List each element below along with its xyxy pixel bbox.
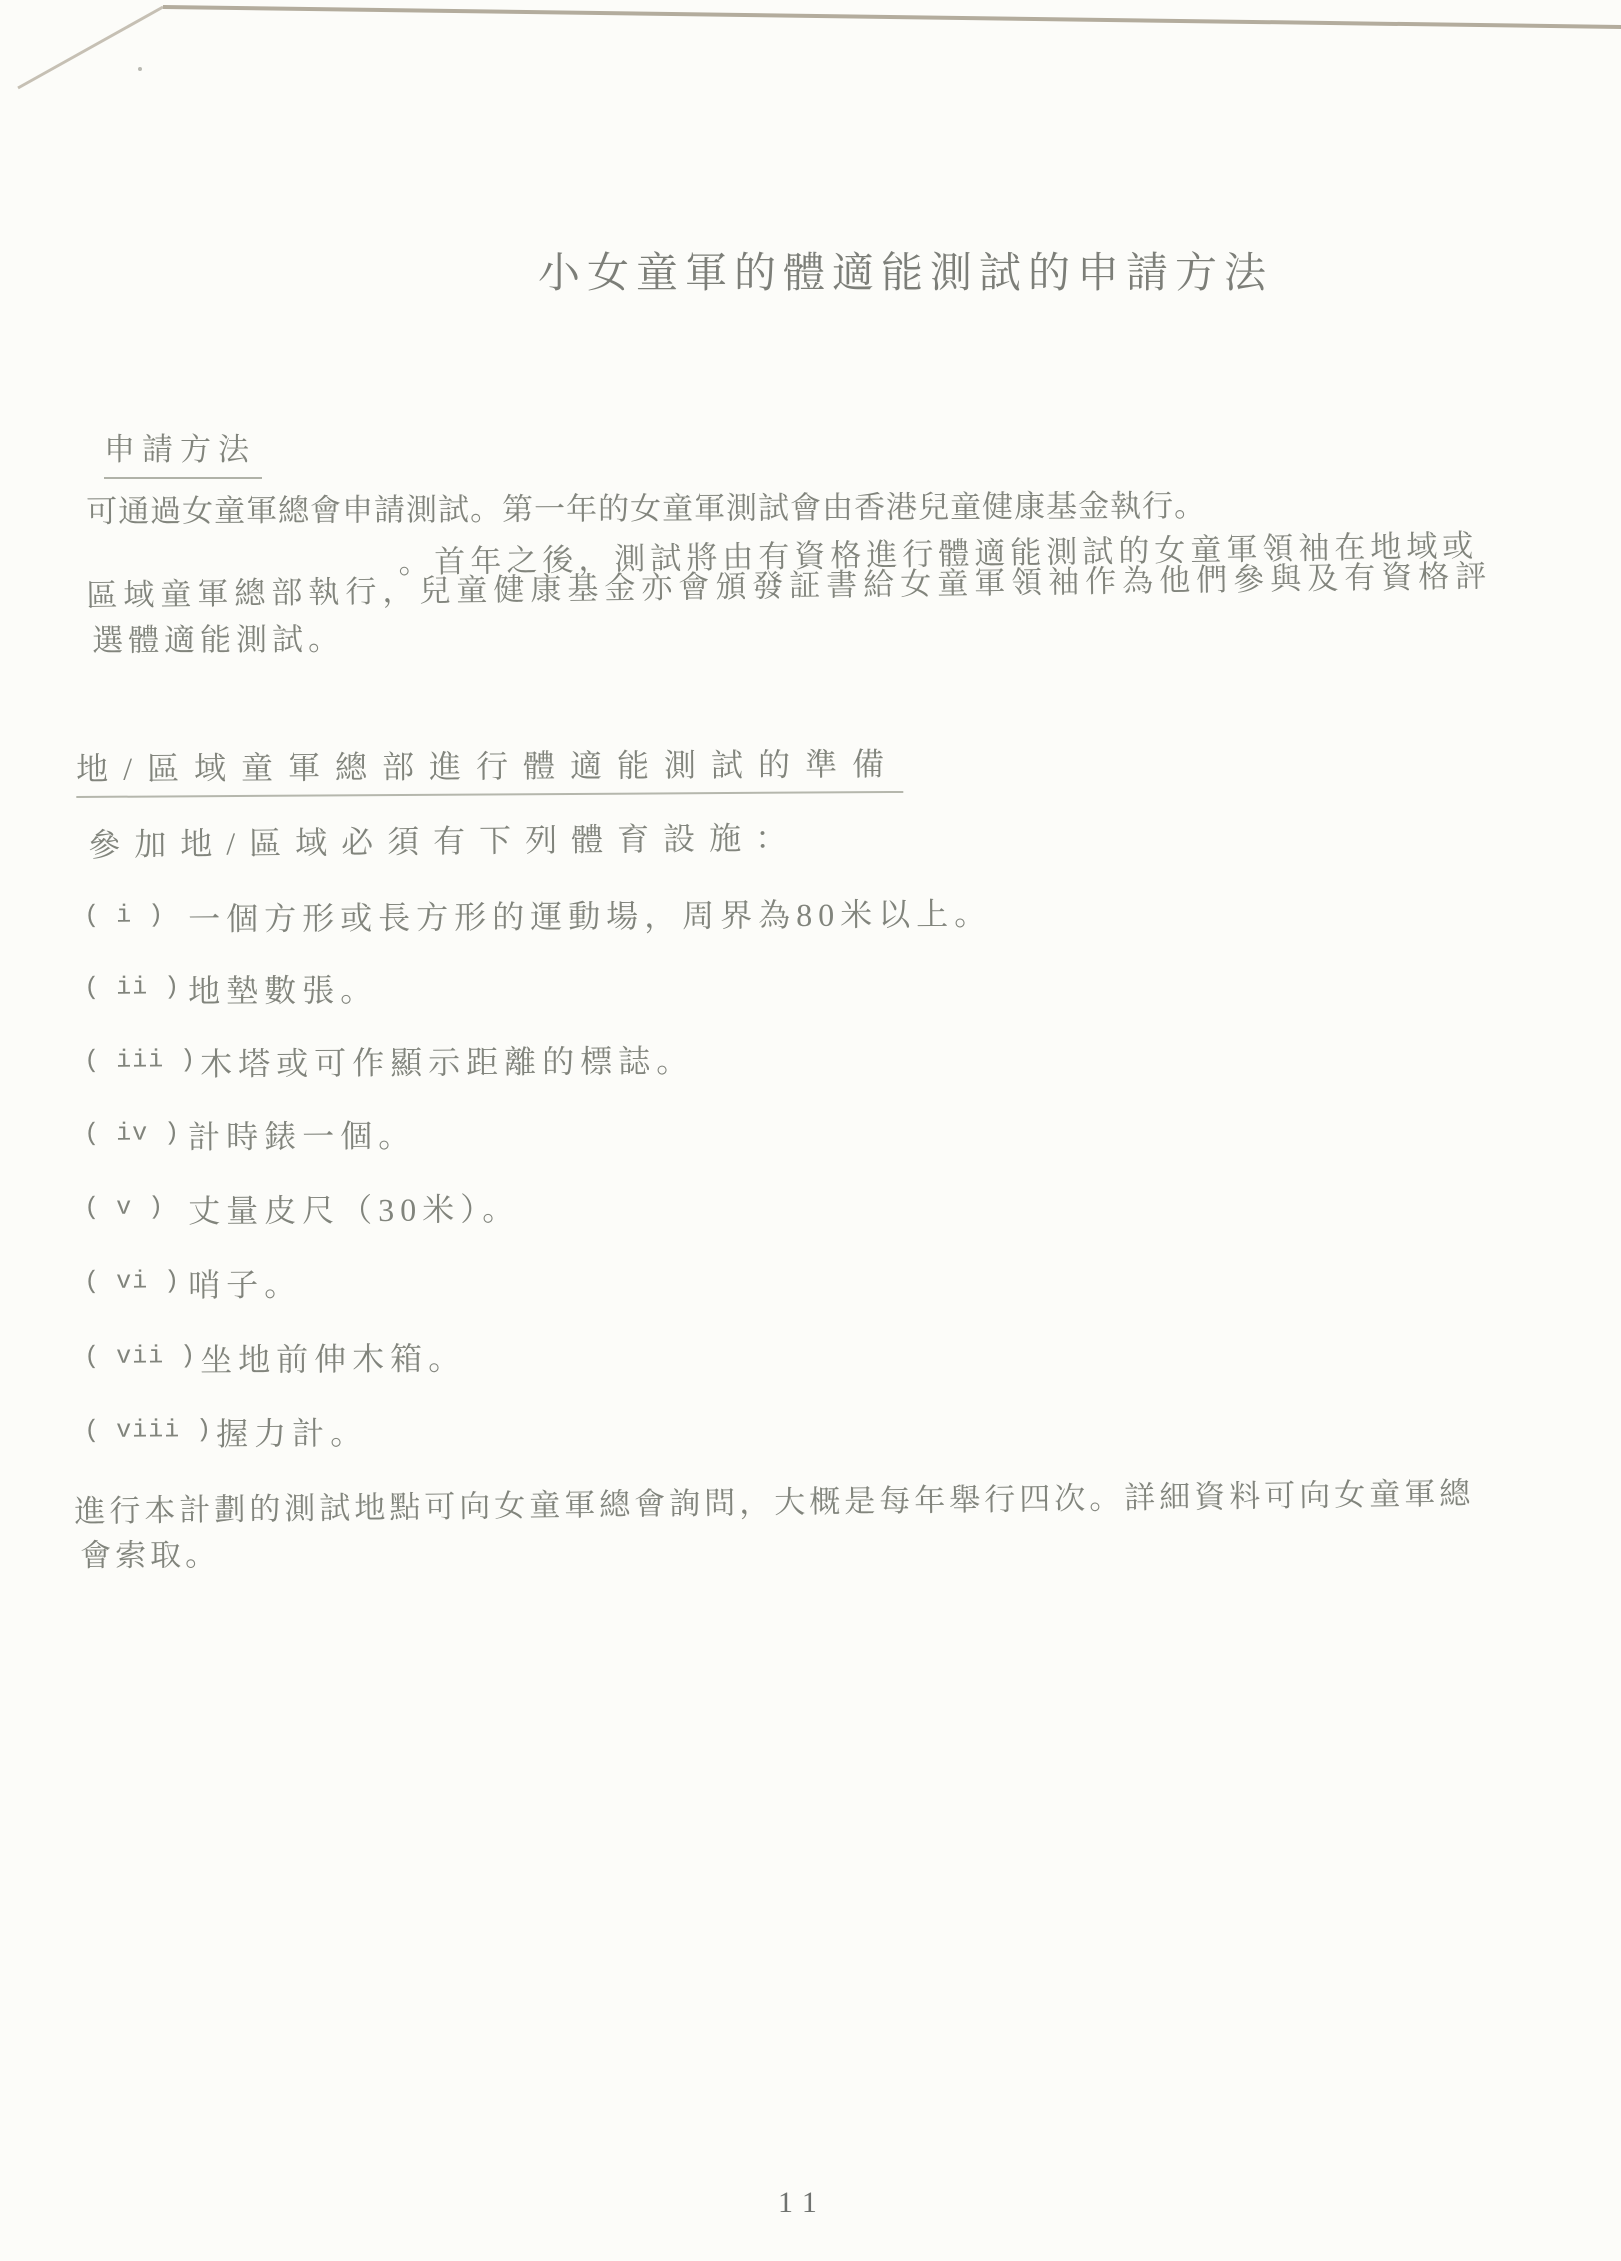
list-item: ( vii ) 坐地前伸木箱。 xyxy=(84,1333,466,1382)
list-item-text: 坐地前伸木箱。 xyxy=(200,1340,466,1378)
list-item-text: 地墊數張。 xyxy=(188,972,378,1009)
document-title: 小女童軍的體適能測試的申請方法 xyxy=(538,240,1273,300)
section-heading-preparation: 地/區域童軍總部進行體適能測試的準備 xyxy=(76,739,903,798)
section-heading-application-method: 申請方法 xyxy=(104,424,262,479)
list-item-marker: ( v ) xyxy=(84,1186,184,1222)
application-paragraph-line: 選體適能測試。 xyxy=(92,614,344,660)
application-paragraph-line: 區域童軍總部執行，兒童健康基金亦會頒發証書給女童軍領袖作為他們參與及有資格評 xyxy=(86,550,1492,615)
list-item-marker: ( vi ) xyxy=(84,1260,184,1296)
facilities-intro-line: 參加地/區域必須有下列體育設施： xyxy=(88,813,801,866)
scanned-document-page: 小女童軍的體適能測試的申請方法 申請方法 可通過女童軍總會申請測試。第一年的女童… xyxy=(0,0,1621,2261)
page-number: 11 xyxy=(778,2186,827,2220)
closing-paragraph-line: 會索取。 xyxy=(80,1529,220,1575)
list-item-marker: ( i ) xyxy=(84,894,184,930)
list-item-text: 一個方形或長方形的運動場，周界為80米以上。 xyxy=(188,896,992,938)
page-top-edge-line xyxy=(163,7,1621,27)
list-item-text: 哨子。 xyxy=(188,1266,302,1303)
list-item-text: 計時錶一個。 xyxy=(188,1118,416,1156)
list-item-text: 木塔或可作顯示距離的標誌。 xyxy=(200,1043,694,1082)
list-item-marker: ( viii ) xyxy=(84,1409,212,1445)
list-item: ( v ) 丈量皮尺（30米）。 xyxy=(84,1184,520,1233)
list-item-marker: ( iv ) xyxy=(84,1112,184,1148)
list-item: ( vi ) 哨子。 xyxy=(84,1259,302,1307)
list-item: ( iv ) 計時錶一個。 xyxy=(84,1111,416,1159)
list-item-marker: ( ii ) xyxy=(84,966,184,1002)
application-paragraph-line: 可通過女童軍總會申請測試。第一年的女童軍測試會由香港兒童健康基金執行。 xyxy=(86,480,1206,531)
scan-speck xyxy=(138,67,142,71)
list-item: ( iii ) 木塔或可作顯示距離的標誌。 xyxy=(84,1036,694,1086)
list-item: ( viii ) 握力計。 xyxy=(84,1408,368,1456)
closing-paragraph-line: 進行本計劃的測試地點可向女童軍總會詢問，大概是每年舉行四次。詳細資料可向女童軍總 xyxy=(74,1468,1474,1531)
list-item: ( ii ) 地墊數張。 xyxy=(84,965,378,1013)
corner-fold-line xyxy=(18,7,163,88)
list-item: ( i ) 一個方形或長方形的運動場，周界為80米以上。 xyxy=(84,889,992,941)
list-item-marker: ( vii ) xyxy=(84,1335,196,1371)
list-item-text: 握力計。 xyxy=(216,1415,368,1452)
list-item-text: 丈量皮尺（30米）。 xyxy=(188,1191,520,1229)
list-item-marker: ( iii ) xyxy=(84,1039,196,1075)
scan-crease-artifact xyxy=(0,0,1621,130)
